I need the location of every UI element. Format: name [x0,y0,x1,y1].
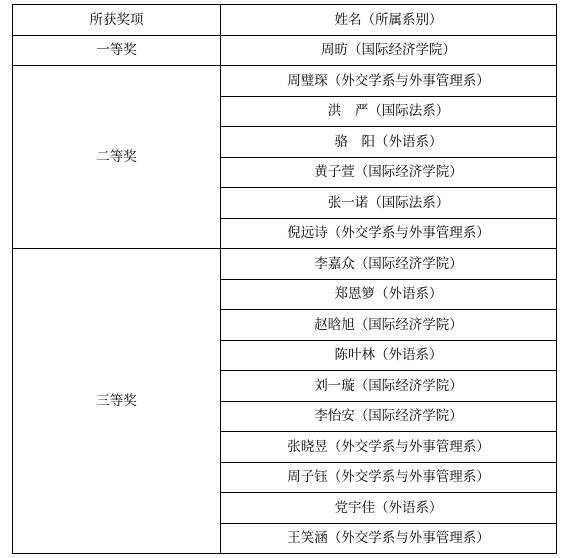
winner-cell: 党宇佳（外语系） [221,493,557,524]
header-name: 姓名（所属系别） [221,5,557,36]
winner-cell: 郑恩箩（外语系） [221,279,557,310]
table-row: 二等奖 周璧琛（外交学系与外事管理系） [13,66,557,97]
winner-cell: 陈叶林（外语系） [221,340,557,371]
winner-cell: 张一诺（国际法系） [221,188,557,219]
header-row: 所获奖项 姓名（所属系别） [13,5,557,36]
winner-cell: 周昉（国际经济学院） [221,35,557,66]
winner-cell: 倪远诗（外交学系与外事管理系） [221,218,557,249]
winner-cell: 黄子萱（国际经济学院） [221,157,557,188]
winner-cell: 王笑涵（外交学系与外事管理系） [221,523,557,554]
award-second-prize: 二等奖 [13,66,221,249]
awards-table: 所获奖项 姓名（所属系别） 一等奖 周昉（国际经济学院） 二等奖 周璧琛（外交学… [12,4,557,554]
table-row: 三等奖 李嘉众（国际经济学院） [13,249,557,280]
award-third-prize: 三等奖 [13,249,221,554]
award-first-prize: 一等奖 [13,35,221,66]
winner-cell: 骆 阳（外语系） [221,127,557,158]
winner-cell: 周璧琛（外交学系与外事管理系） [221,66,557,97]
winner-cell: 周子钰（外交学系与外事管理系） [221,462,557,493]
winner-cell: 李嘉众（国际经济学院） [221,249,557,280]
winner-cell: 赵晗旭（国际经济学院） [221,310,557,341]
header-award: 所获奖项 [13,5,221,36]
winner-cell: 洪 严（国际法系） [221,96,557,127]
winner-cell: 刘一璇（国际经济学院） [221,371,557,402]
winner-cell: 张晓昱（外交学系与外事管理系） [221,432,557,463]
table-row: 一等奖 周昉（国际经济学院） [13,35,557,66]
winner-cell: 李怡安（国际经济学院） [221,401,557,432]
